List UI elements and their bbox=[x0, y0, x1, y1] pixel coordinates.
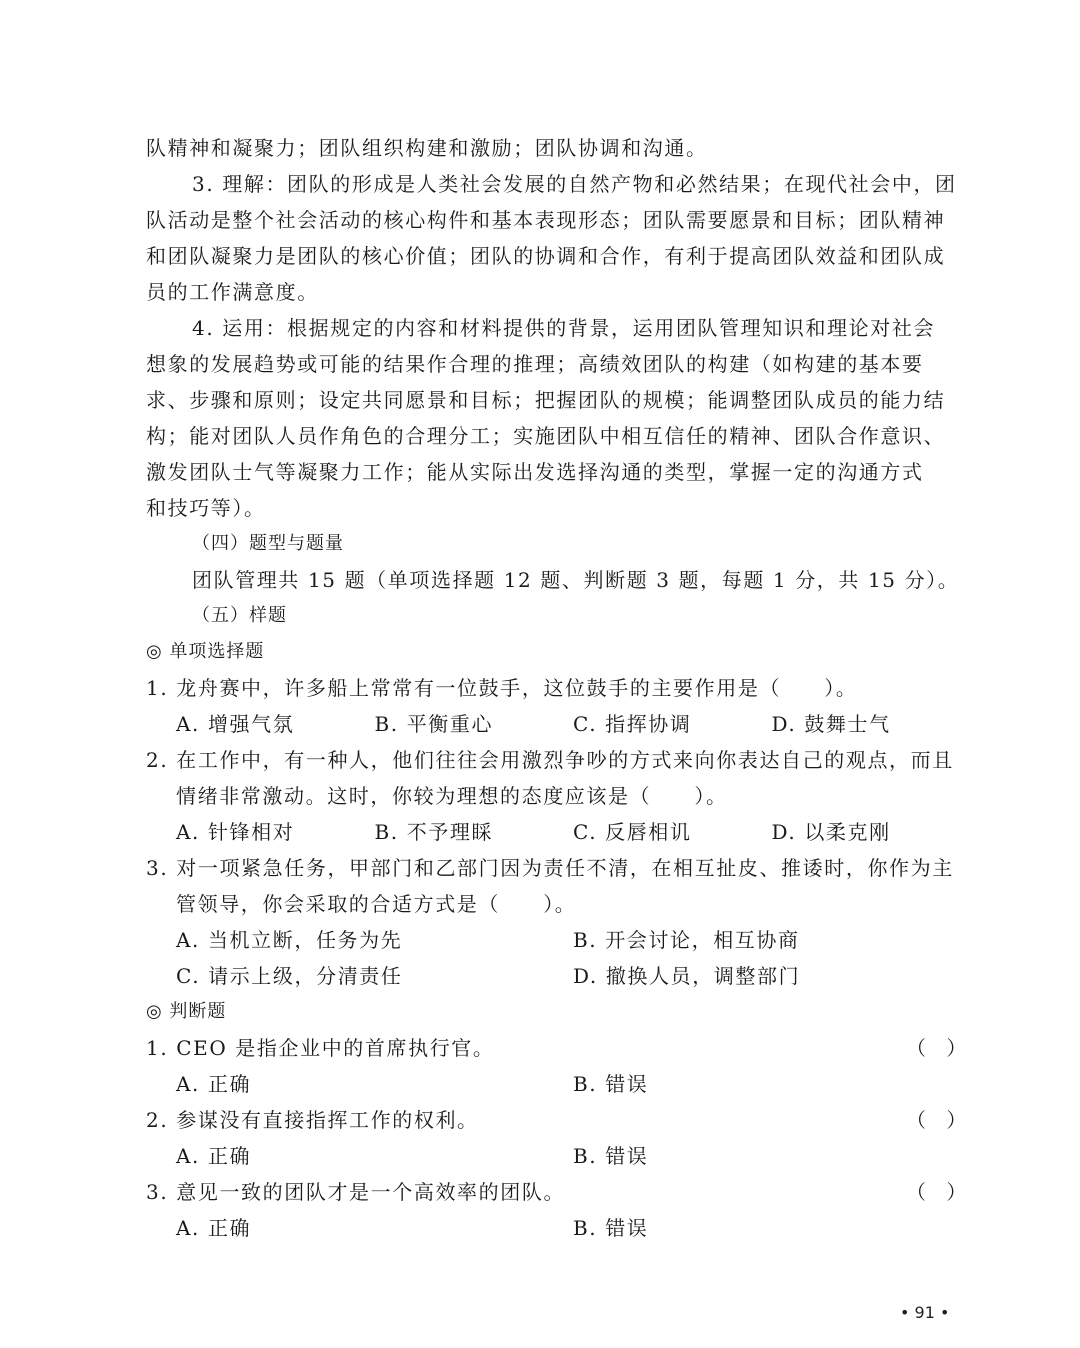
option-a: A. 正确 bbox=[176, 1210, 573, 1246]
question-text: 3. 意见一致的团队才是一个高效率的团队。 bbox=[146, 1174, 565, 1210]
section-3-understanding: 3. 理解：团队的形成是人类社会发展的自然产物和必然结果；在现代社会中，团 队活… bbox=[146, 166, 970, 310]
option-a: A. 增强气氛 bbox=[176, 706, 375, 742]
answer-blank: （ ） bbox=[906, 1030, 970, 1066]
question-text: 2. 在工作中，有一种人，他们往往会用激烈争吵的方式来向你表达自己的观点，而且 bbox=[146, 742, 970, 778]
single-choice-section: ◎ 单项选择题 1. 龙舟赛中，许多船上常常有一位鼓手，这位鼓手的主要作用是（ … bbox=[146, 634, 970, 994]
document-page: 队精神和凝聚力；团队组织构建和激励；团队协调和沟通。 3. 理解：团队的形成是人… bbox=[146, 130, 970, 1246]
answer-blank: （ ） bbox=[906, 1102, 970, 1138]
paren-close: ） bbox=[946, 1030, 968, 1066]
paragraph-line: 想象的发展趋势或可能的结果作合理的推理；高绩效团队的构建（如构建的基本要 bbox=[146, 346, 970, 382]
choice-question-3: 3. 对一项紧急任务，甲部门和乙部门因为责任不清，在相互扯皮、推诿时，你作为主 … bbox=[146, 850, 970, 994]
question-row: 1. CEO 是指企业中的首席执行官。 （ ） bbox=[146, 1030, 970, 1066]
question-text: 1. CEO 是指企业中的首席执行官。 bbox=[146, 1030, 495, 1066]
paragraph-line: 激发团队士气等凝聚力工作；能从实际出发选择沟通的类型，掌握一定的沟通方式 bbox=[146, 454, 970, 490]
continuation-line: 队精神和凝聚力；团队组织构建和激励；团队协调和沟通。 bbox=[146, 130, 970, 166]
paragraph-line: 和技巧等）。 bbox=[146, 490, 970, 526]
options-row: A. 针锋相对 B. 不予理睬 C. 反唇相讥 D. 以柔克刚 bbox=[146, 814, 970, 850]
heading-question-types: （四）题型与题量 bbox=[146, 526, 970, 562]
option-b: B. 错误 bbox=[573, 1210, 970, 1246]
answer-blank: （ ） bbox=[906, 1174, 970, 1210]
option-b: B. 开会讨论，相互协商 bbox=[573, 922, 970, 958]
paragraph-line: 3. 理解：团队的形成是人类社会发展的自然产物和必然结果；在现代社会中，团 bbox=[146, 166, 970, 202]
option-b: B. 错误 bbox=[573, 1138, 970, 1174]
question-types-text: 团队管理共 15 题（单项选择题 12 题、判断题 3 题，每题 1 分，共 1… bbox=[146, 562, 970, 598]
question-text-cont: 管领导，你会采取的合适方式是（ ）。 bbox=[146, 886, 970, 922]
options-row: C. 请示上级，分清责任 D. 撤换人员，调整部门 bbox=[146, 958, 970, 994]
paragraph-line: 队活动是整个社会活动的核心构件和基本表现形态；团队需要愿景和目标；团队精神 bbox=[146, 202, 970, 238]
judge-question-1: 1. CEO 是指企业中的首席执行官。 （ ） A. 正确 B. 错误 bbox=[146, 1030, 970, 1102]
single-choice-heading: ◎ 单项选择题 bbox=[146, 634, 970, 670]
paren-close: ） bbox=[946, 1174, 968, 1210]
judge-question-3: 3. 意见一致的团队才是一个高效率的团队。 （ ） A. 正确 B. 错误 bbox=[146, 1174, 970, 1246]
option-a: A. 针锋相对 bbox=[176, 814, 375, 850]
option-c: C. 反唇相讥 bbox=[573, 814, 772, 850]
page-number: • 91 • bbox=[900, 1303, 949, 1322]
paragraph-line: 求、步骤和原则；设定共同愿景和目标；把握团队的规模；能调整团队成员的能力结 bbox=[146, 382, 970, 418]
option-b: B. 不予理睬 bbox=[375, 814, 574, 850]
choice-question-1: 1. 龙舟赛中，许多船上常常有一位鼓手，这位鼓手的主要作用是（ ）。 A. 增强… bbox=[146, 670, 970, 742]
option-c: C. 请示上级，分清责任 bbox=[176, 958, 573, 994]
question-text: 3. 对一项紧急任务，甲部门和乙部门因为责任不清，在相互扯皮、推诿时，你作为主 bbox=[146, 850, 970, 886]
heading-sample-questions: （五）样题 bbox=[146, 598, 970, 634]
options-row: A. 当机立断，任务为先 B. 开会讨论，相互协商 bbox=[146, 922, 970, 958]
option-b: B. 平衡重心 bbox=[375, 706, 574, 742]
paren-close: ） bbox=[946, 1102, 968, 1138]
paragraph-line: 员的工作满意度。 bbox=[146, 274, 970, 310]
paragraph-line: 和团队凝聚力是团队的核心价值；团队的协调和合作，有利于提高团队效益和团队成 bbox=[146, 238, 970, 274]
paren-open: （ bbox=[906, 1174, 928, 1210]
options-row: A. 增强气氛 B. 平衡重心 C. 指挥协调 D. 鼓舞士气 bbox=[146, 706, 970, 742]
true-false-section: ◎ 判断题 1. CEO 是指企业中的首席执行官。 （ ） A. 正确 B. 错… bbox=[146, 994, 970, 1246]
question-text-cont: 情绪非常激动。这时，你较为理想的态度应该是（ ）。 bbox=[146, 778, 970, 814]
paren-open: （ bbox=[906, 1030, 928, 1066]
question-text: 1. 龙舟赛中，许多船上常常有一位鼓手，这位鼓手的主要作用是（ ）。 bbox=[146, 670, 970, 706]
judge-question-2: 2. 参谋没有直接指挥工作的权利。 （ ） A. 正确 B. 错误 bbox=[146, 1102, 970, 1174]
options-row: A. 正确 B. 错误 bbox=[146, 1138, 970, 1174]
options-row: A. 正确 B. 错误 bbox=[146, 1066, 970, 1102]
section-4-application: 4. 运用：根据规定的内容和材料提供的背景，运用团队管理知识和理论对社会 想象的… bbox=[146, 310, 970, 526]
options-row: A. 正确 B. 错误 bbox=[146, 1210, 970, 1246]
question-row: 3. 意见一致的团队才是一个高效率的团队。 （ ） bbox=[146, 1174, 970, 1210]
option-a: A. 当机立断，任务为先 bbox=[176, 922, 573, 958]
paragraph-line: 4. 运用：根据规定的内容和材料提供的背景，运用团队管理知识和理论对社会 bbox=[146, 310, 970, 346]
paragraph-line: 构；能对团队人员作角色的合理分工；实施团队中相互信任的精神、团队合作意识、 bbox=[146, 418, 970, 454]
option-b: B. 错误 bbox=[573, 1066, 970, 1102]
option-a: A. 正确 bbox=[176, 1138, 573, 1174]
question-text: 2. 参谋没有直接指挥工作的权利。 bbox=[146, 1102, 479, 1138]
choice-question-2: 2. 在工作中，有一种人，他们往往会用激烈争吵的方式来向你表达自己的观点，而且 … bbox=[146, 742, 970, 850]
option-a: A. 正确 bbox=[176, 1066, 573, 1102]
option-d: D. 鼓舞士气 bbox=[772, 706, 971, 742]
paren-open: （ bbox=[906, 1102, 928, 1138]
option-d: D. 撤换人员，调整部门 bbox=[573, 958, 970, 994]
true-false-heading: ◎ 判断题 bbox=[146, 994, 970, 1030]
question-row: 2. 参谋没有直接指挥工作的权利。 （ ） bbox=[146, 1102, 970, 1138]
option-d: D. 以柔克刚 bbox=[772, 814, 971, 850]
option-c: C. 指挥协调 bbox=[573, 706, 772, 742]
